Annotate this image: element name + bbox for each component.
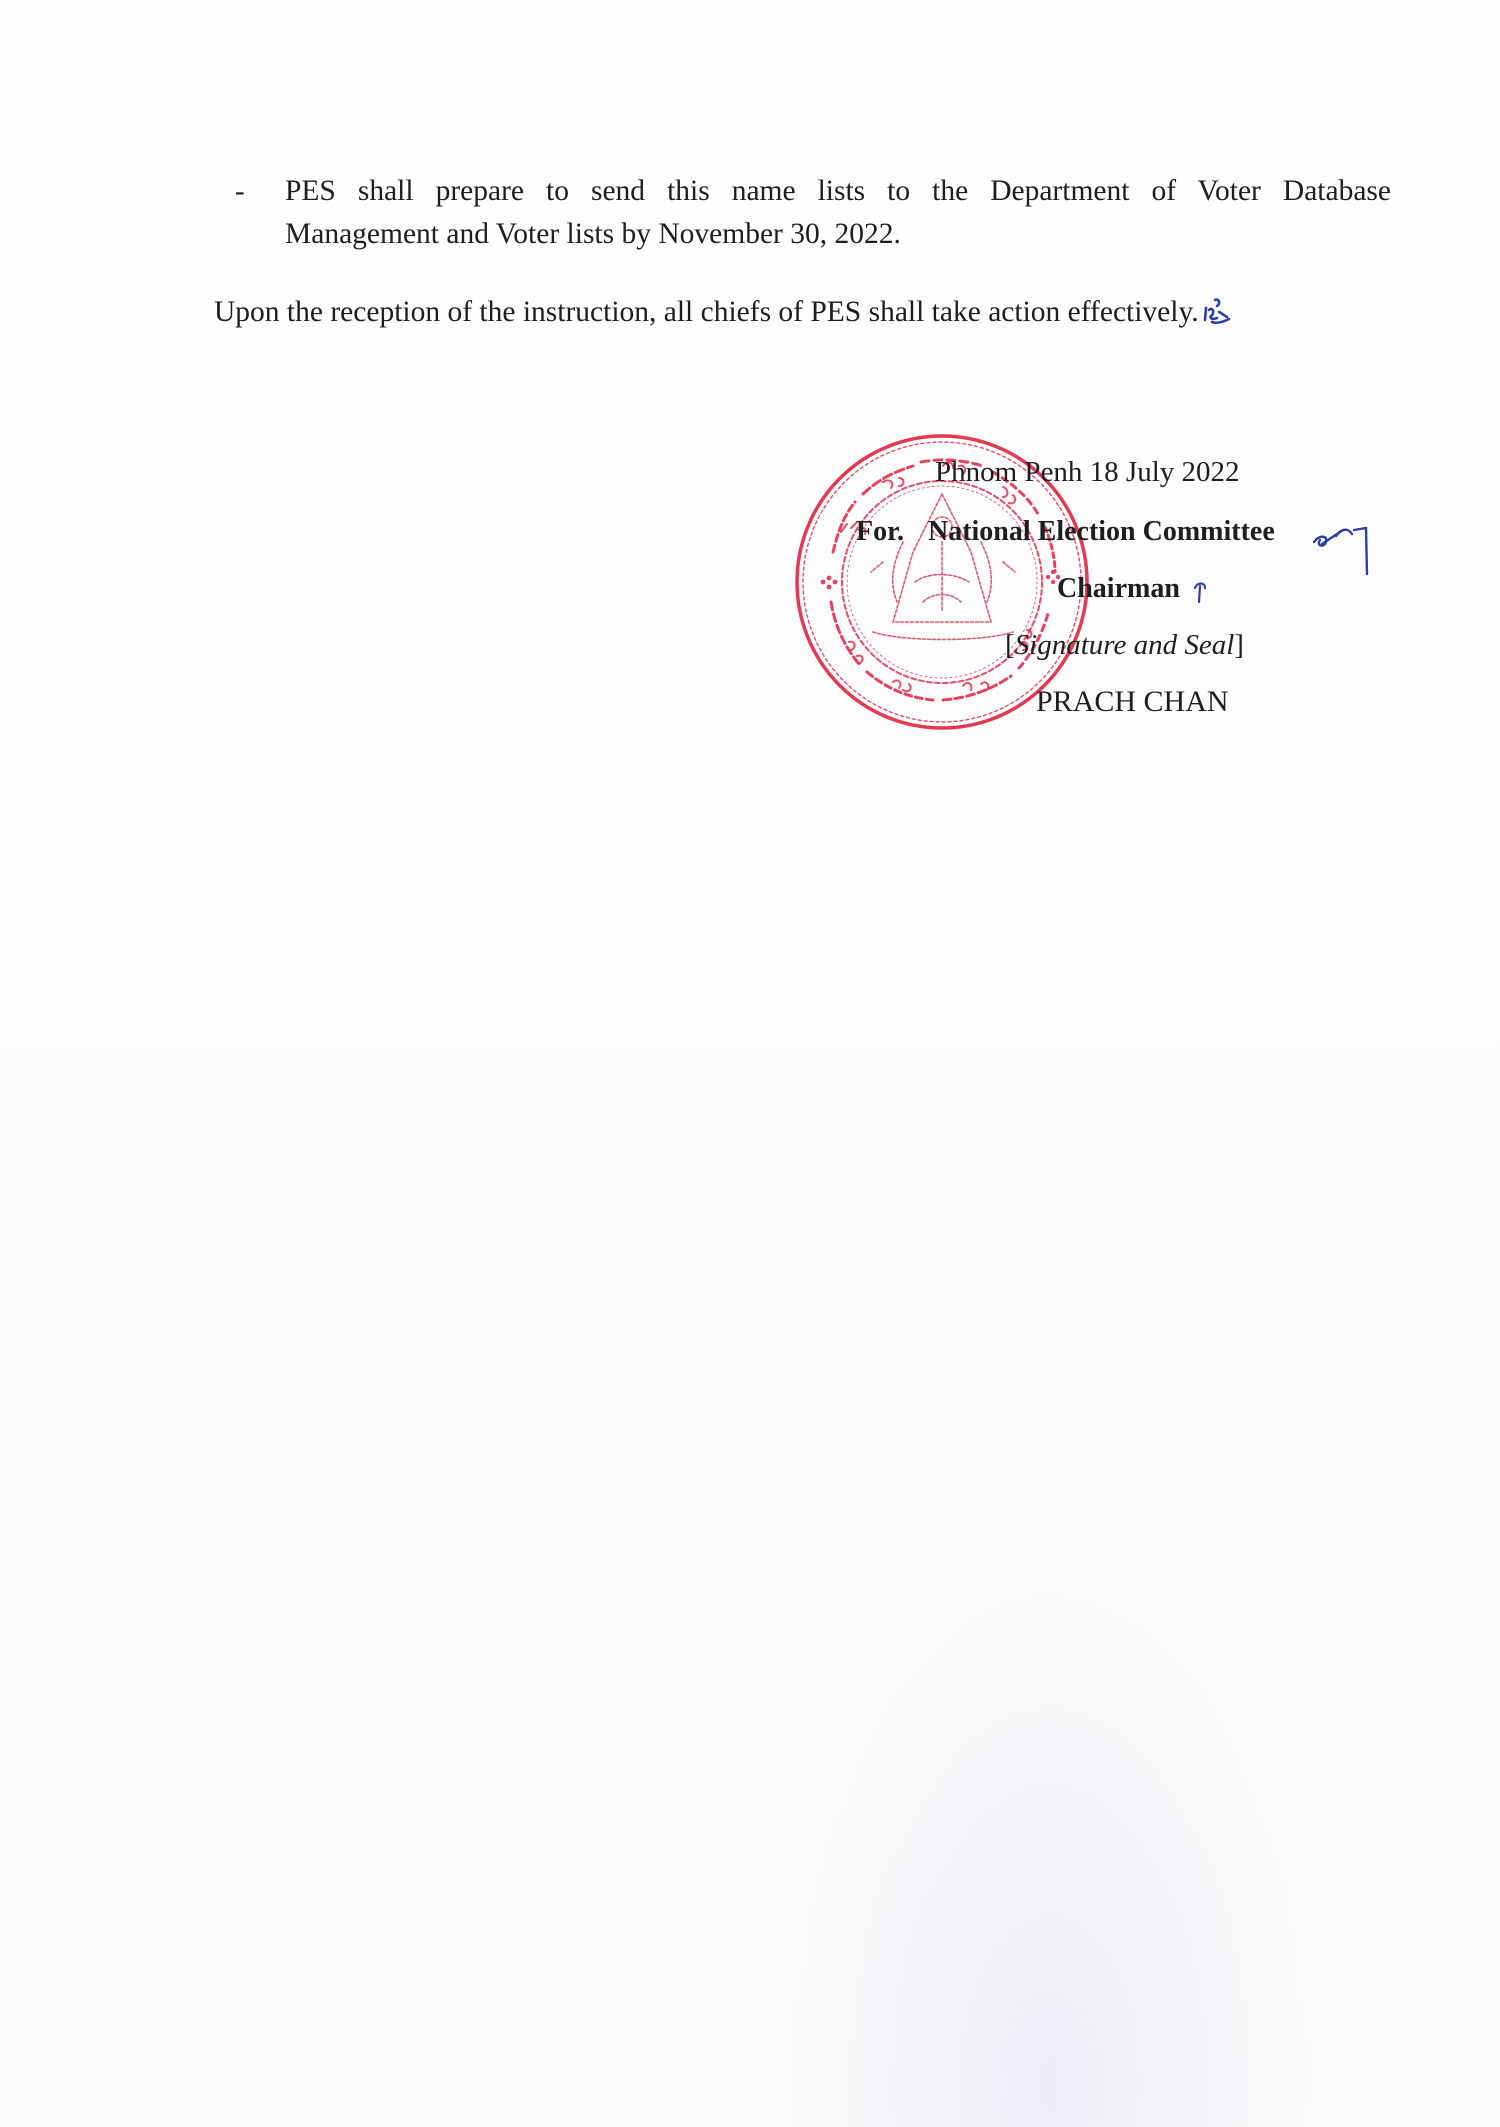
signature-note: [Signature and Seal] bbox=[1005, 628, 1244, 662]
bullet-text: PES shall prepare to send this name list… bbox=[285, 170, 1391, 256]
bracket-close: ] bbox=[1234, 629, 1244, 661]
document-page: - PES shall prepare to send this name li… bbox=[0, 0, 1500, 2127]
bullet-line-2: Management and Voter lists by November 3… bbox=[285, 213, 1391, 256]
bullet-line-1: PES shall prepare to send this name list… bbox=[285, 170, 1391, 213]
for-label: For. bbox=[856, 516, 904, 547]
closing-text: Upon the reception of the instruction, a… bbox=[214, 296, 1199, 328]
handwritten-initial-icon bbox=[1193, 580, 1209, 611]
bullet-marker: - bbox=[235, 170, 245, 213]
signatory-name: PRACH CHAN bbox=[1036, 685, 1229, 719]
signature-note-text: Signature and Seal bbox=[1015, 629, 1235, 661]
signatory-title: Chairman bbox=[1057, 572, 1180, 606]
on-behalf-line: For.National Election Committee bbox=[856, 515, 1275, 549]
bracket-open: [ bbox=[1005, 629, 1015, 661]
handwritten-initial-icon bbox=[1203, 294, 1231, 326]
organization-name: National Election Committee bbox=[928, 516, 1275, 547]
closing-paragraph: Upon the reception of the instruction, a… bbox=[214, 292, 1231, 332]
handwritten-initial-icon bbox=[1312, 522, 1372, 582]
place-date: Phnom Penh 18 July 2022 bbox=[935, 455, 1240, 489]
